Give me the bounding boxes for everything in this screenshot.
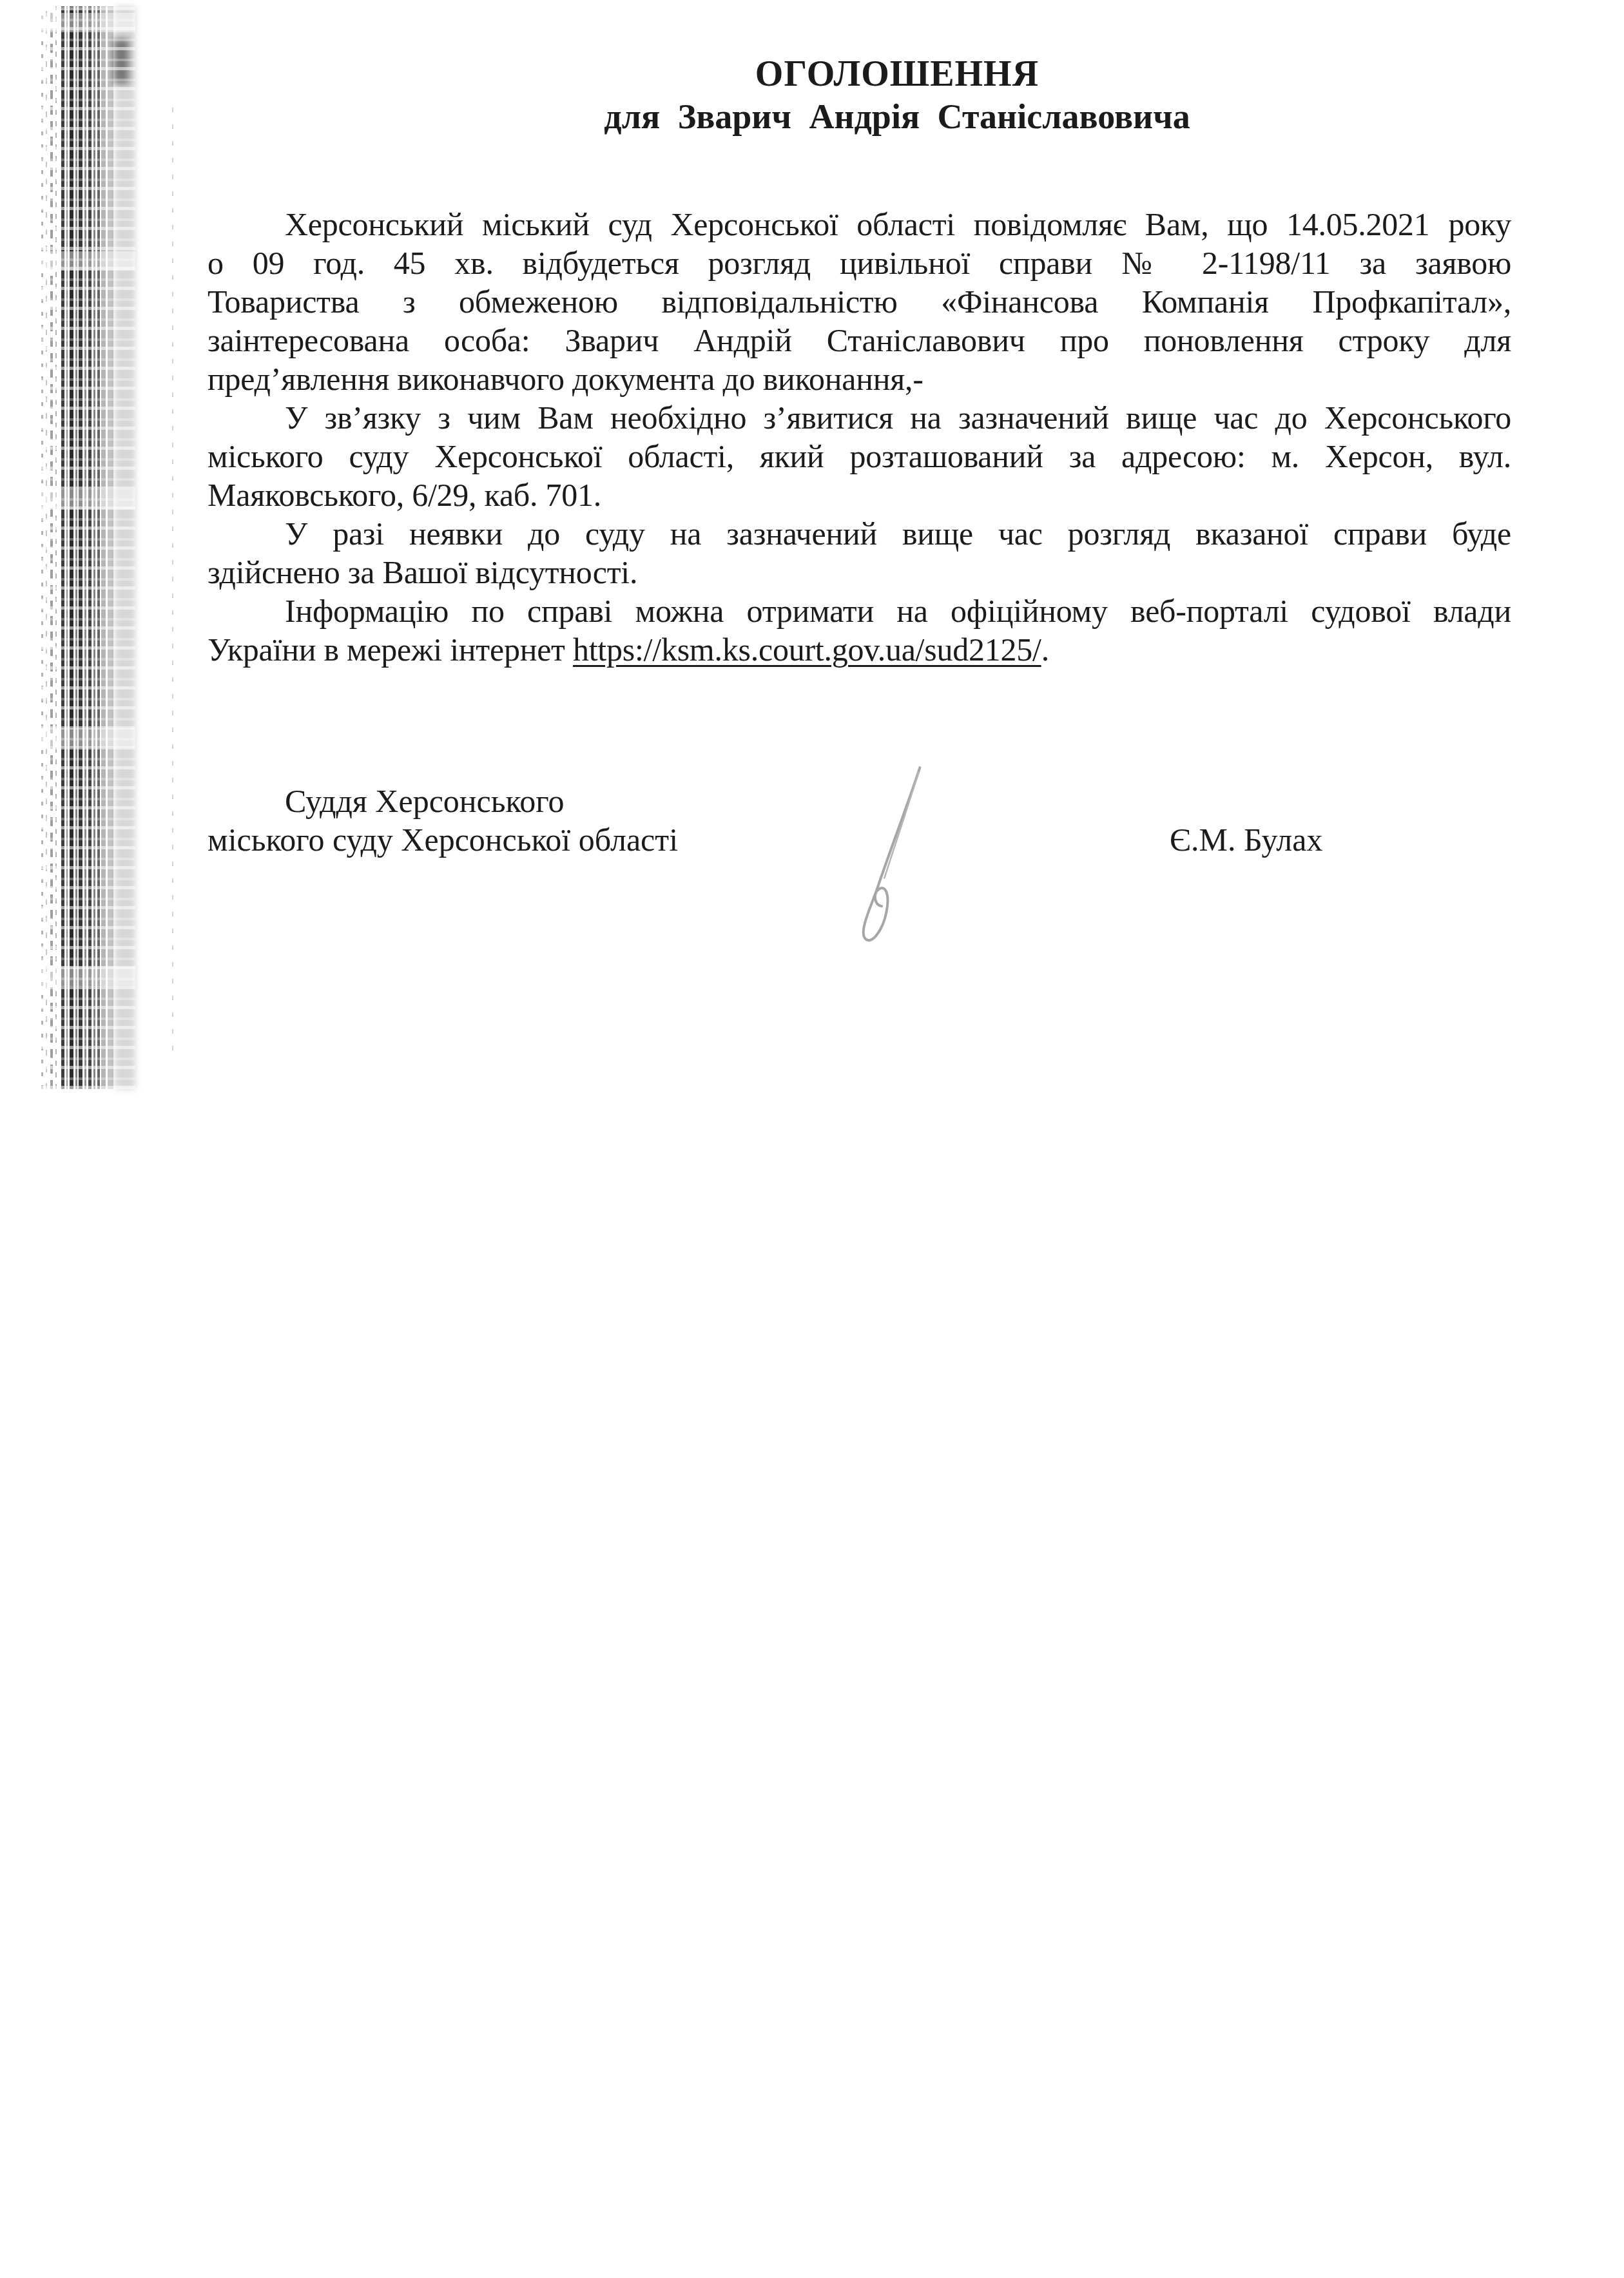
- paragraph-3: У разі неявки до суду на зазначений вище…: [208, 514, 1511, 592]
- text-line: У зв’язку з чим Вам необхідно з’явитися …: [208, 398, 1511, 437]
- text-line: Херсонський міський суд Херсонської обла…: [208, 205, 1511, 244]
- text-line: здійснено за Вашої відсутності.: [208, 553, 1511, 592]
- scan-artifact-band: [37, 6, 135, 1089]
- judge-signature: [844, 760, 938, 954]
- case-info-url[interactable]: https://ksm.ks.court.gov.ua/sud2125/: [573, 632, 1041, 668]
- paragraph-4: Інформацію по справі можна отримати на о…: [208, 592, 1511, 669]
- text-line: Інформацію по справі можна отримати на о…: [208, 592, 1511, 630]
- document-body: Херсонський міський суд Херсонської обла…: [208, 205, 1511, 669]
- document-heading: ОГОЛОШЕННЯ для Зварич Андрія Станіславов…: [208, 53, 1587, 138]
- url-line-prefix: України в мережі інтернет: [208, 632, 573, 668]
- page-title: ОГОЛОШЕННЯ: [208, 53, 1587, 95]
- text-line: пред’явлення виконавчого документа до ви…: [208, 360, 1511, 398]
- text-line: Товариства з обмеженою відповідальністю …: [208, 282, 1511, 321]
- signatory-role: Суддя Херсонського міського суду Херсонс…: [208, 782, 839, 859]
- text-line: заінтересована особа: Зварич Андрій Стан…: [208, 321, 1511, 360]
- scanned-document-page: ОГОЛОШЕННЯ для Зварич Андрія Станіславов…: [0, 0, 1624, 2278]
- signatory-role-line: міського суду Херсонської області: [208, 820, 839, 859]
- paragraph-1: Херсонський міський суд Херсонської обла…: [208, 205, 1511, 398]
- signatory-name: Є.М. Булах: [1170, 820, 1322, 859]
- scan-texture-overlay: [37, 6, 135, 1089]
- url-line-suffix: .: [1041, 632, 1049, 668]
- text-line: о 09 год. 45 хв. відбудеться розгляд цив…: [208, 244, 1511, 282]
- text-line: міського суду Херсонської області, який …: [208, 437, 1511, 476]
- scan-ghost-line: [172, 97, 173, 1050]
- paragraph-2: У зв’язку з чим Вам необхідно з’явитися …: [208, 398, 1511, 514]
- addressee-line: для Зварич Андрія Станіславовича: [208, 95, 1587, 138]
- text-line: Маяковського, 6/29, каб. 701.: [208, 476, 1511, 514]
- signatory-role-line: Суддя Херсонського: [208, 782, 839, 820]
- text-line: України в мережі інтернет https://ksm.ks…: [208, 630, 1511, 669]
- text-line: У разі неявки до суду на зазначений вище…: [208, 514, 1511, 553]
